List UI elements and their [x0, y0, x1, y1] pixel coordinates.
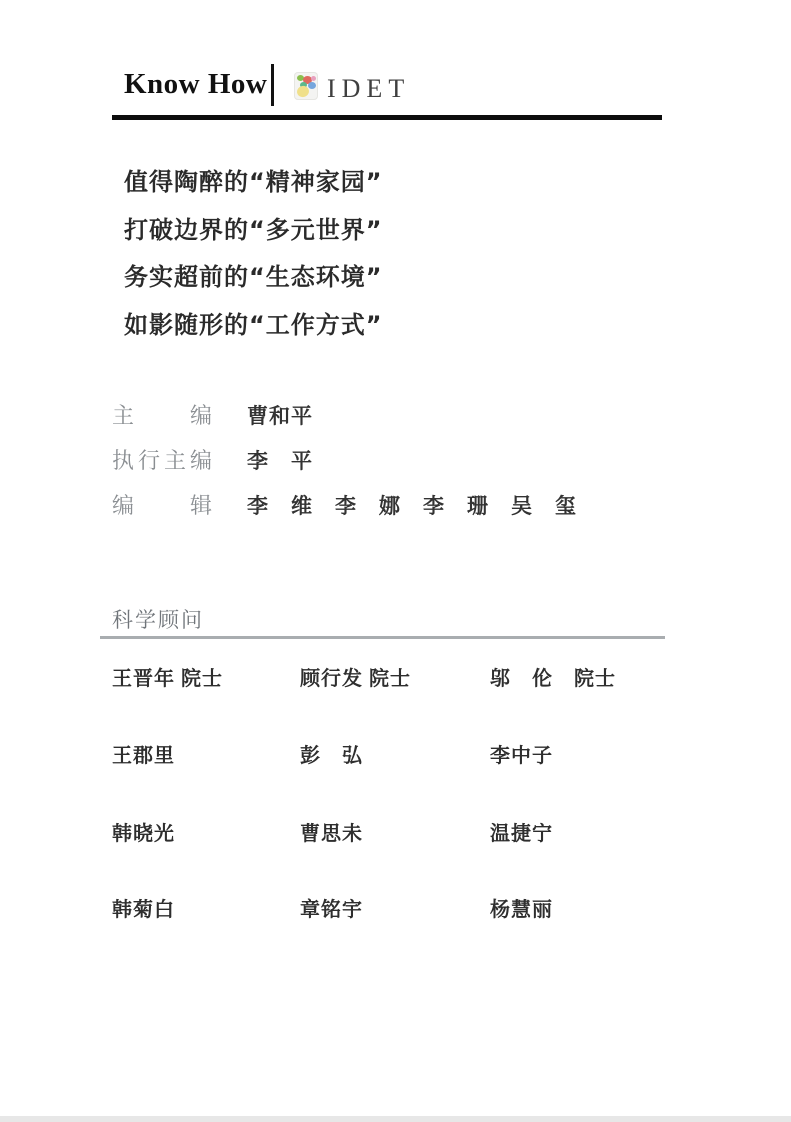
footer-strip [0, 1116, 791, 1122]
credit-names: 曹和平 [247, 400, 313, 430]
credit-label: 主 编 [112, 399, 216, 430]
palette-logo-icon [294, 72, 318, 100]
magazine-masthead-page: Know How IDET 值得陶醉的“精神家园” 打破边界的“多元世界” 务实… [0, 0, 791, 1122]
advisor-name: 章铭宇 [300, 893, 363, 922]
advisor-name: 李中子 [490, 739, 553, 768]
credit-label: 执行主编 [112, 444, 216, 475]
logo-wordmark: IDET [327, 74, 410, 104]
advisor-name: 韩晓光 [112, 817, 175, 846]
logo-dot-blue-icon [308, 82, 316, 89]
credit-names: 李 平 [247, 445, 313, 475]
credit-row-executive-editor: 执行主编 李 平 [112, 444, 216, 475]
advisors-section-title: 科学顾问 [112, 604, 204, 634]
headline: 如影随形的“工作方式” [124, 305, 383, 340]
credit-row-editors: 编 辑 李 维 李 娜 李 珊 吴 玺 [112, 489, 216, 520]
advisor-name: 顾行发 院士 [300, 662, 411, 691]
advisor-name: 韩菊白 [112, 893, 175, 922]
advisors-section-divider [100, 636, 665, 639]
header-vertical-divider [271, 64, 274, 106]
advisor-name: 杨慧丽 [490, 893, 553, 922]
headline: 务实超前的“生态环境” [124, 257, 383, 292]
advisor-name: 温捷宁 [490, 817, 553, 846]
brand-title: Know How [124, 68, 267, 101]
advisor-name: 王晋年 院士 [112, 662, 223, 691]
headline: 值得陶醉的“精神家园” [124, 162, 383, 197]
header-rule [112, 115, 662, 120]
advisor-name: 彭 弘 [300, 739, 363, 768]
logo-dot-pink-icon [311, 76, 316, 81]
credit-label: 编 辑 [112, 489, 216, 520]
advisor-name: 邬 伦 院士 [490, 662, 616, 691]
credit-names: 李 维 李 娜 李 珊 吴 玺 [247, 490, 577, 520]
advisor-name: 王郡里 [112, 739, 175, 768]
advisor-name: 曹思未 [300, 817, 363, 846]
credit-row-chief-editor: 主 编 曹和平 [112, 399, 216, 430]
headline: 打破边界的“多元世界” [124, 210, 383, 245]
